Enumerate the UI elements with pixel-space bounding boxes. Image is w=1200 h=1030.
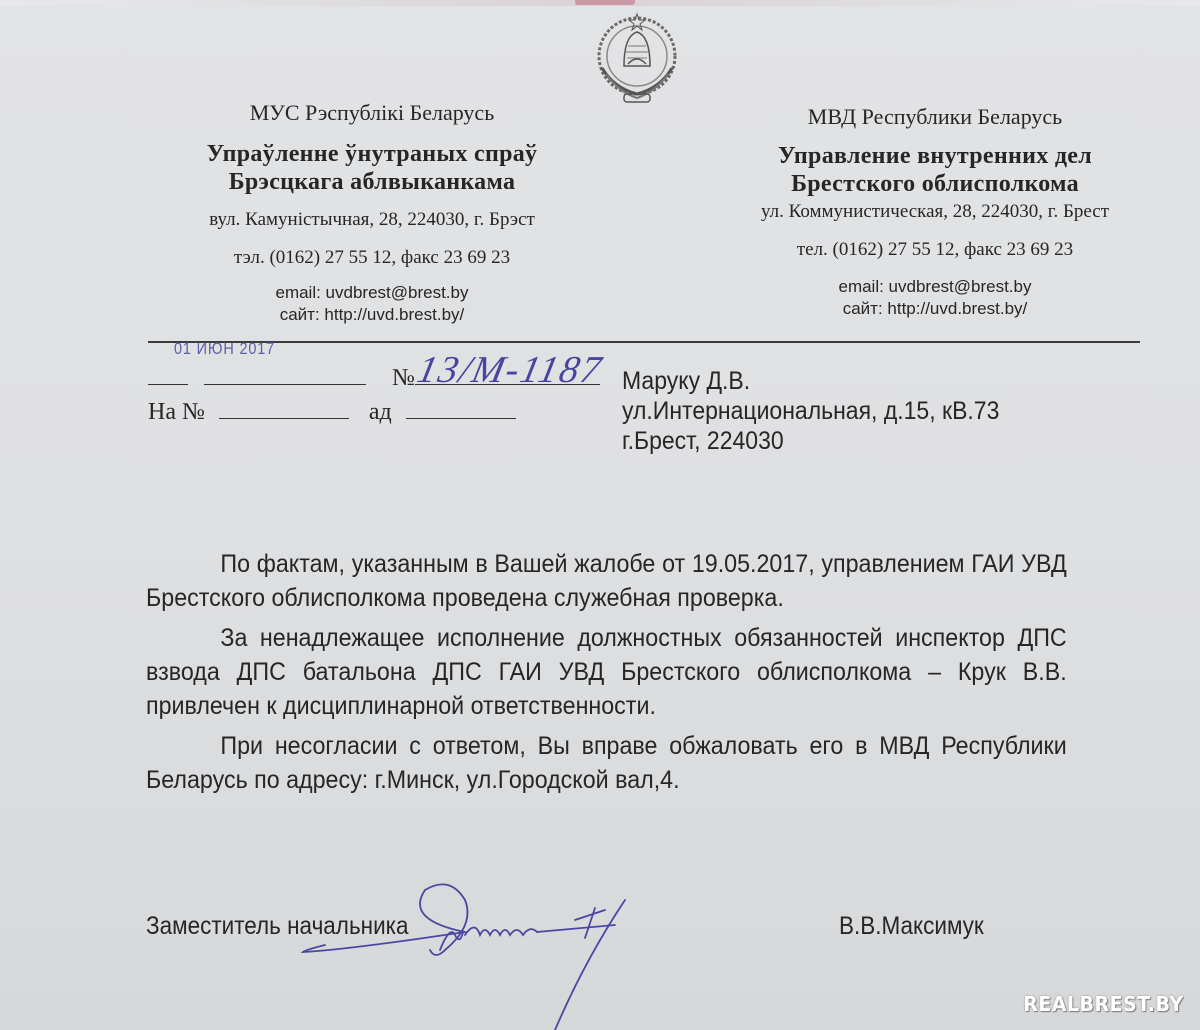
registration-line-2: На № ад [148, 396, 516, 426]
department-by-line2: Брэсцкага аблвыканкама [142, 168, 602, 196]
top-edge [0, 0, 1200, 6]
site-ru: сайт: http://uvd.brest.by/ [705, 298, 1165, 320]
letter-page: МУС Рэспублікі Беларусь Упраўленне ўнутр… [0, 0, 1200, 1026]
handwritten-signature-icon [285, 880, 735, 1026]
department-ru-line1: Управление внутренних дел [705, 142, 1165, 170]
site-by: сайт: http://uvd.brest.by/ [142, 304, 602, 326]
coat-of-arms-icon [594, 8, 680, 108]
recipient-name: Маруку Д.В. [622, 366, 999, 396]
email-ru: email: uvdbrest@brest.by [705, 276, 1165, 298]
handwritten-number: 13/М-1187 [413, 348, 606, 392]
reply-to-label: На № [148, 399, 205, 425]
department-ru-line2: Брестского облисполкома [705, 170, 1165, 198]
phone-by: тэл. (0162) 27 55 12, факс 23 69 23 [142, 246, 602, 270]
ministry-by: МУС Рэспублікі Беларусь [142, 100, 602, 126]
from-label: ад [369, 399, 392, 425]
from-date-blank [406, 396, 516, 419]
address-by: вул. Камуністычная, 28, 224030, г. Брэст [142, 208, 602, 232]
paragraph-1: По фактам, указанным в Вашей жалобе от 1… [146, 547, 1067, 615]
watermark: REALBREST.BY [1023, 992, 1183, 1016]
paragraph-2: За ненадлежащее исполнение должностных о… [146, 621, 1067, 723]
reply-number-blank [219, 396, 349, 419]
signatory-name: В.В.Максимук [839, 912, 984, 941]
number-label: № [392, 365, 415, 391]
ministry-ru: МВД Республики Беларусь [705, 104, 1165, 130]
address-ru: ул. Коммунистическая, 28, 224030, г. Бре… [705, 200, 1165, 224]
header-left: МУС Рэспублікі Беларусь Упраўленне ўнутр… [142, 100, 602, 326]
header-divider [148, 341, 1140, 343]
date-blank [204, 362, 366, 385]
recipient-block: Маруку Д.В. ул.Интернациональная, д.15, … [622, 366, 999, 456]
recipient-city: г.Брест, 224030 [622, 426, 999, 456]
recipient-street: ул.Интернациональная, д.15, кВ.73 [622, 396, 999, 426]
paragraph-3: При несогласии с ответом, Вы вправе обжа… [146, 729, 1067, 797]
day-blank [148, 362, 188, 385]
paper-mark [575, 0, 635, 5]
email-by: email: uvdbrest@brest.by [142, 282, 602, 304]
header-right: МВД Республики Беларусь Управление внутр… [705, 104, 1165, 320]
date-stamp: 01 ИЮН 2017 [174, 339, 275, 359]
letter-body: По фактам, указанным в Вашей жалобе от 1… [146, 547, 1067, 803]
phone-ru: тел. (0162) 27 55 12, факс 23 69 23 [705, 238, 1165, 262]
department-by-line1: Упраўленне ўнутраных спраў [142, 140, 602, 168]
